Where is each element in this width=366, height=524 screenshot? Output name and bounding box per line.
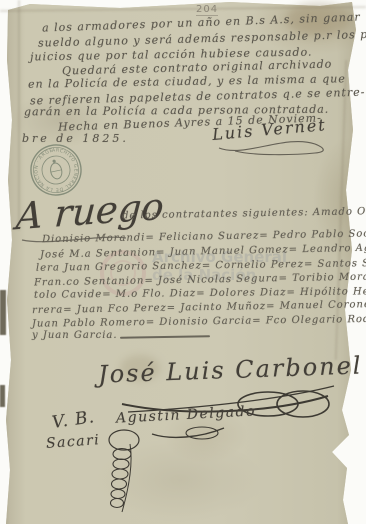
scanned-manuscript: 204 a los armadores por un año en B.s A.… bbox=[0, 0, 366, 524]
sacari-coil-flourish bbox=[100, 428, 150, 518]
adjacent-page-sliver bbox=[0, 385, 5, 407]
manuscript-line: y Juan Garcia. bbox=[32, 330, 118, 341]
adjacent-page-sliver bbox=[0, 290, 6, 335]
folio-number: 204 bbox=[196, 4, 218, 16]
vernet-signature-flourish bbox=[215, 138, 335, 160]
delgado-rubric-flourish bbox=[150, 424, 230, 442]
stamp-sun-icon bbox=[52, 159, 56, 163]
